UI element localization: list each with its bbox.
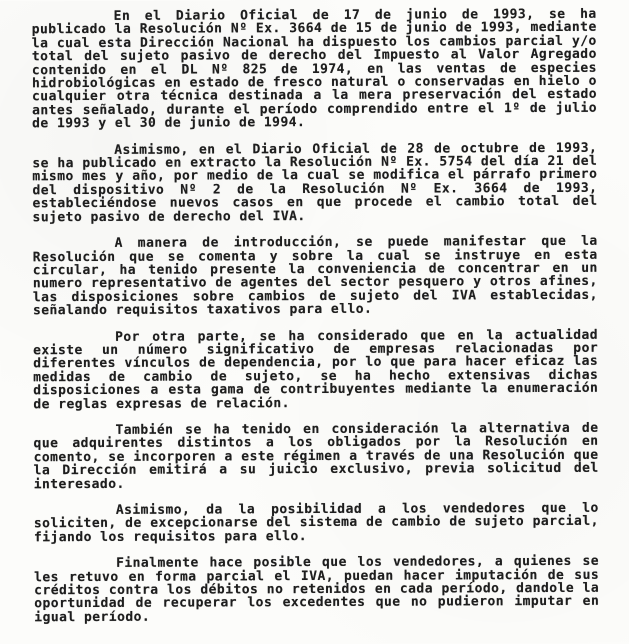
paragraph-excepcion-cambio-sujeto: Asimismo, da la posibilidad a los vended…: [34, 502, 599, 545]
paragraph-diario-oficial-resolucion-3664: En el Diario Oficial de 17 de junio de 1…: [32, 8, 598, 131]
paragraph-diario-oficial-resolucion-5754: Asimismo, en el Diario Oficial de 28 de …: [32, 141, 597, 224]
document-page: En el Diario Oficial de 17 de junio de 1…: [0, 0, 629, 644]
paragraph-adquirentes-distintos: También se ha tenido en consideración la…: [33, 422, 598, 491]
paragraph-imputacion-creditos: Finalmente hace posible que los vendedor…: [34, 555, 599, 624]
paragraph-introduccion: A manera de introducción, se puede manif…: [33, 235, 598, 318]
document-body: En el Diario Oficial de 17 de junio de 1…: [32, 8, 600, 625]
paragraph-empresas-relacionadas: Por otra parte, se ha considerado que en…: [33, 328, 598, 411]
